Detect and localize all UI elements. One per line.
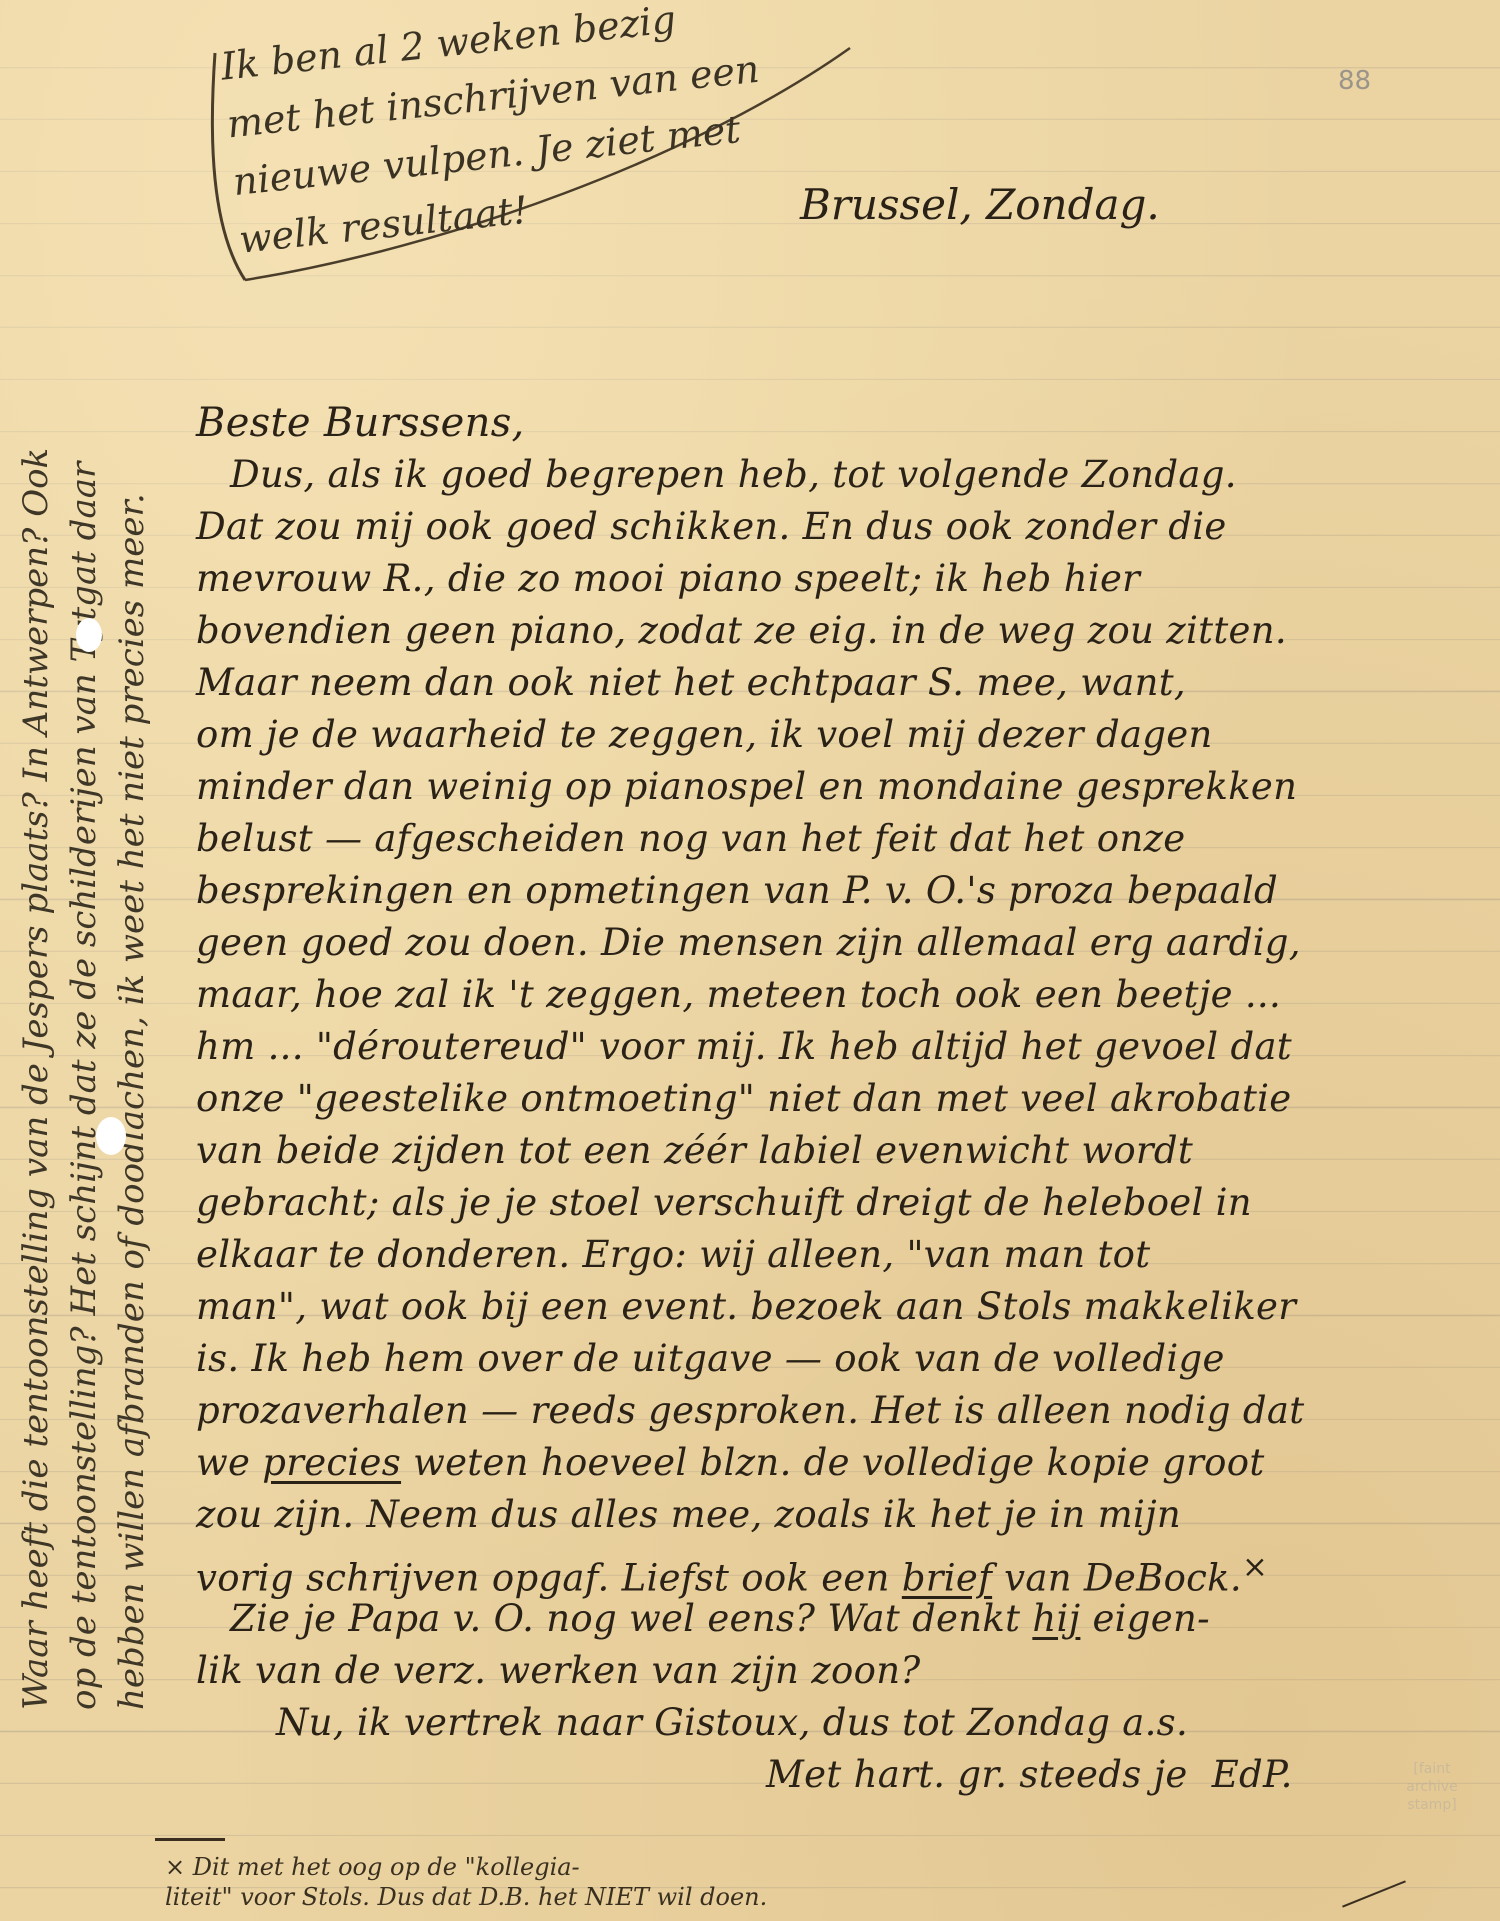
left-margin-note: Waar heeft die tentoonstelling van de Je… — [12, 190, 156, 1710]
body-line: man", wat ook bij een event. bezoek aan … — [196, 1281, 1486, 1333]
signature-underline — [1342, 1880, 1406, 1907]
margin-note-line: hebben willen afbranden of doodlachen, i… — [108, 190, 156, 1710]
body-line: Maar neem dan ook niet het echtpaar S. m… — [196, 657, 1486, 709]
underlined-word: precies — [262, 1441, 401, 1484]
text-segment: Zie je Papa v. O. nog wel eens? Wat denk… — [230, 1597, 1032, 1640]
body-line: vorig schrijven opgaf. Liefst ook een br… — [196, 1541, 1486, 1593]
body-line: minder dan weinig op pianospel en mondai… — [196, 761, 1486, 813]
archive-page-number: 88 — [1338, 66, 1371, 96]
punch-hole — [96, 1117, 126, 1155]
footnote-mark: × — [1242, 1549, 1268, 1585]
body-line: bovendien geen piano, zodat ze eig. in d… — [196, 605, 1486, 657]
footnote-line: × Dit met het oog op de "kollegia- — [165, 1852, 767, 1882]
footnote-line: liteit" voor Stols. Dus dat D.B. het NIE… — [165, 1882, 767, 1912]
letter-body: Beste Burssens, Dus, als ik goed begrepe… — [196, 397, 1486, 1801]
margin-note-line: op de tentoonstelling? Het schijnt dat z… — [60, 190, 108, 1710]
body-line: Dat zou mij ook goed schikken. En dus oo… — [196, 501, 1486, 553]
closing-line: Met hart. gr. steeds je EdP. — [196, 1749, 1486, 1801]
body-line: Dus, als ik goed begrepen heb, tot volge… — [196, 449, 1486, 501]
text-segment: we — [196, 1441, 262, 1484]
body-line: Nu, ik vertrek naar Gistoux, dus tot Zon… — [196, 1697, 1486, 1749]
closing: Met hart. gr. steeds je — [766, 1753, 1188, 1796]
footnote: × Dit met het oog op de "kollegia- litei… — [165, 1852, 767, 1912]
body-line: is. Ik heb hem over de uitgave — ook van… — [196, 1333, 1486, 1385]
archive-stamp: [faint archive stamp] — [1392, 1760, 1472, 1870]
body-line: we precies weten hoeveel blzn. de volled… — [196, 1437, 1486, 1489]
body-line: zou zijn. Neem dus alles mee, zoals ik h… — [196, 1489, 1486, 1541]
punch-hole — [76, 618, 102, 652]
body-line: onze "geestelike ontmoeting" niet dan me… — [196, 1073, 1486, 1125]
text-segment: weten hoeveel blzn. de volledige kopie g… — [401, 1441, 1264, 1484]
body-line: prozaverhalen — reeds gesproken. Het is … — [196, 1385, 1486, 1437]
body-line: mevrouw R., die zo mooi piano speelt; ik… — [196, 553, 1486, 605]
body-line: van beide zijden tot een zéér labiel eve… — [196, 1125, 1486, 1177]
body-line: maar, hoe zal ik 't zeggen, meteen toch … — [196, 969, 1486, 1021]
body-line: om je de waarheid te zeggen, ik voel mij… — [196, 709, 1486, 761]
body-line: lik van de verz. werken van zijn zoon? — [196, 1645, 1486, 1697]
place-and-date: Brussel, Zondag. — [800, 180, 1160, 229]
margin-note-line: Waar heeft die tentoonstelling van de Je… — [12, 190, 60, 1710]
text-segment: eigen- — [1080, 1597, 1210, 1640]
body-line: Zie je Papa v. O. nog wel eens? Wat denk… — [196, 1593, 1486, 1645]
body-line: belust — afgescheiden nog van het feit d… — [196, 813, 1486, 865]
signature: EdP. — [1212, 1753, 1293, 1796]
body-line: geen goed zou doen. Die mensen zijn alle… — [196, 917, 1486, 969]
body-line: gebracht; als je je stoel verschuift dre… — [196, 1177, 1486, 1229]
body-line: hm ... "déroutereud" voor mij. Ik heb al… — [196, 1021, 1486, 1073]
body-line: elkaar te donderen. Ergo: wij alleen, "v… — [196, 1229, 1486, 1281]
underlined-word: hij — [1032, 1597, 1080, 1640]
body-line: besprekingen en opmetingen van P. v. O.'… — [196, 865, 1486, 917]
footnote-divider — [155, 1838, 225, 1841]
salutation: Beste Burssens, — [196, 397, 1486, 449]
